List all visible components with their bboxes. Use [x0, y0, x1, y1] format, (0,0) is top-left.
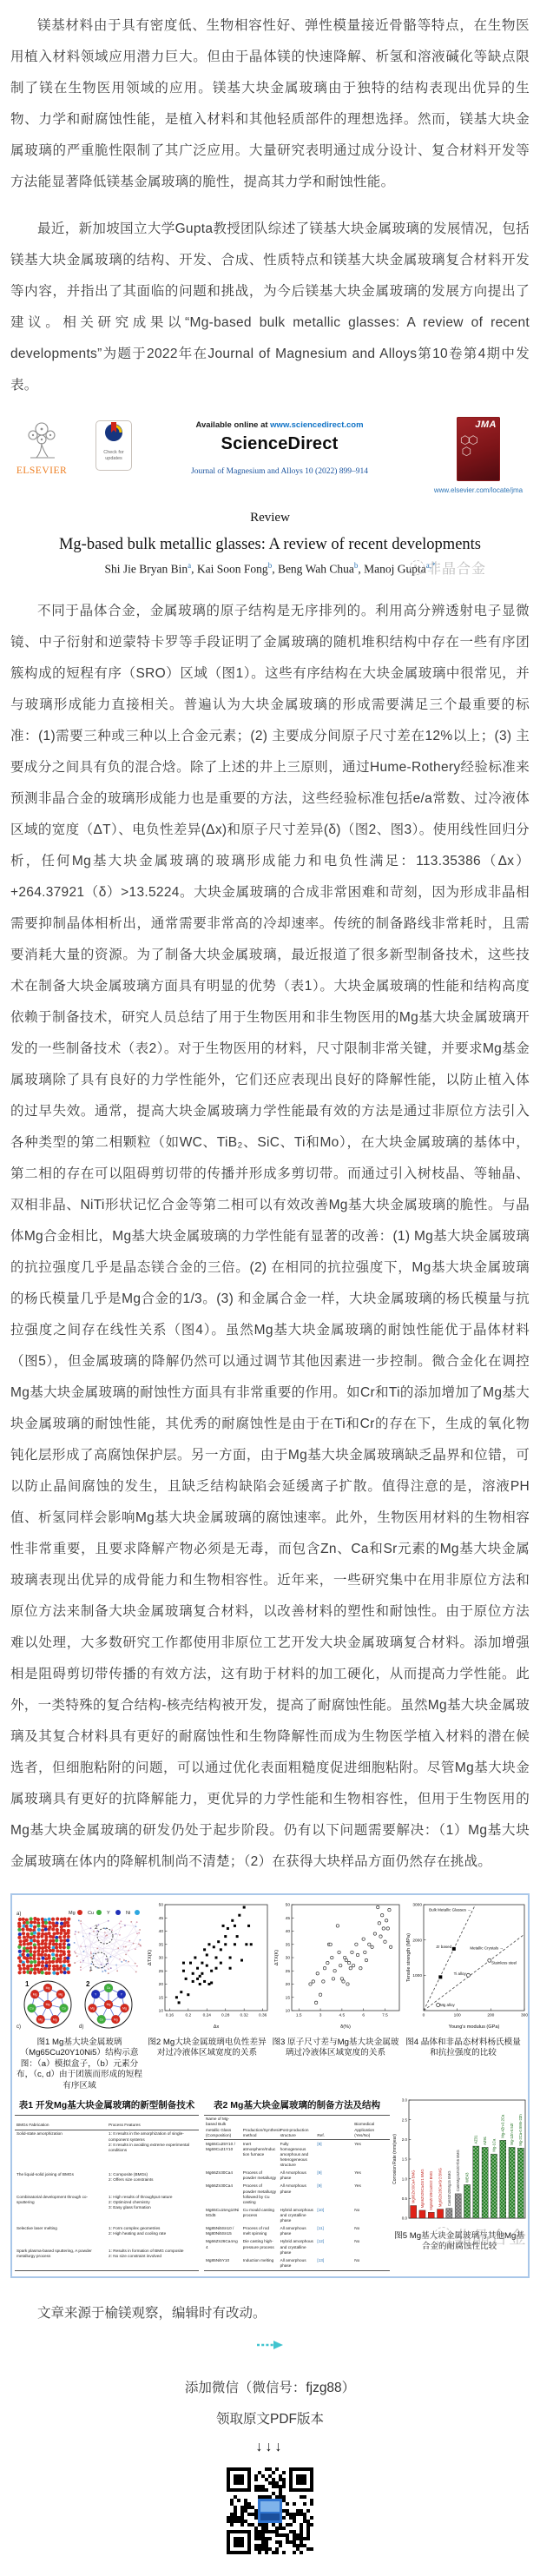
jma-hexagon-art: ⬡⬡ ⬡ — [460, 434, 477, 457]
svg-text:Ti alloy: Ti alloy — [454, 1971, 467, 1975]
elsevier-tree-icon — [22, 417, 62, 460]
table-row: The liquid-solid joining of BMGs1: Compo… — [15, 2171, 199, 2194]
svg-text:Ca65Zn20Mg15 BMG: Ca65Zn20Mg15 BMG — [447, 2170, 451, 2206]
svg-text:Mg: Mg — [90, 2006, 95, 2010]
jma-url-link[interactable]: www.elsevier.com/locate/jma — [434, 486, 523, 494]
svg-text:3000: 3000 — [412, 1902, 422, 1907]
svg-text:Cu: Cu — [100, 2018, 103, 2021]
svg-text:0: 0 — [423, 2012, 425, 2018]
svg-text:0.5: 0.5 — [402, 2196, 408, 2201]
figure-collage: MgCuYNia)b)2112MgMgCuMgMgCuMgMgCuYMgMgCu… — [10, 1893, 530, 2278]
fig1-caption: 图1 Mg基大块金属玻璃（Mg65Cu20Y10Ni5）结构示意图：（a）模拟盒… — [15, 2038, 144, 2092]
svg-text:Mg: Mg — [53, 2018, 57, 2021]
table-row: Solid-state amorphization1: It results i… — [15, 2130, 199, 2170]
svg-text:WE43: WE43 — [464, 2172, 469, 2183]
fig3-scatter-figure: 1.534.567.5101520253035404550δ(%)ΔTX(K) — [272, 1899, 404, 2034]
jma-journal-cover: JMA ⬡⬡ ⬡ — [457, 417, 500, 481]
watermark-icon — [410, 560, 425, 575]
svg-text:Mg: Mg — [107, 2003, 111, 2006]
table-row: Mg65Cu15Ag10Ni5Gd5Cu mould casting proce… — [204, 2206, 390, 2224]
svg-text:40: 40 — [286, 1929, 291, 1934]
svg-text:40: 40 — [159, 1929, 164, 1934]
fig4-line-chart: 0100200300100020003000Young's modulus (G… — [404, 1899, 529, 2030]
svg-text:Mg: Mg — [122, 2006, 127, 2010]
svg-text:1: 1 — [25, 1980, 30, 1988]
fig4-line-figure: 0100200300100020003000Young's modulus (G… — [404, 1899, 529, 2034]
svg-text:c): c) — [16, 2024, 21, 2030]
fig5-bar-figure: 0.00.51.01.52.02.53.0Corrosion Rate (mm/… — [390, 2097, 529, 2271]
svg-text:Mg: Mg — [69, 1911, 76, 1916]
svg-text:Mg-2Ca-0.5Mn-2Zn: Mg-2Ca-0.5Mn-2Zn — [518, 2113, 523, 2145]
qr-code-section — [9, 2464, 531, 2576]
svg-text:0.24: 0.24 — [203, 2012, 212, 2018]
svg-text:0.16: 0.16 — [166, 2012, 175, 2018]
svg-text:Tensile strength (MPa): Tensile strength (MPa) — [406, 1932, 412, 1981]
available-online-line: Available online at www.sciencedirect.co… — [132, 420, 427, 430]
table1-title: 表1 开发Mg基大块金属玻璃的新型制备技术 — [15, 2098, 199, 2111]
table-row: Mg66Zn30Ca4Process of powder metallurgyA… — [204, 2170, 390, 2183]
svg-text:Metallic Crystals →: Metallic Crystals → — [470, 1945, 504, 1950]
svg-text:45: 45 — [159, 1915, 164, 1920]
svg-text:Cu: Cu — [30, 2006, 33, 2010]
tables-and-fig5-row: 表1 开发Mg基大块金属玻璃的新型制备技术 表2 Mg基大块金属玻璃的制备方法及… — [15, 2097, 525, 2271]
table-row: Mg66Zn30Ca4Process of powder metallurgy … — [204, 2183, 390, 2206]
svg-text:4.5: 4.5 — [339, 2012, 346, 2018]
svg-text:Mg-1Zn-0.5Zr: Mg-1Zn-0.5Zr — [510, 2122, 514, 2144]
svg-text:Mg66Zn28Ca4Sr2 BMG: Mg66Zn28Ca4Sr2 BMG — [438, 2168, 442, 2207]
journal-header-center: Available online at www.sciencedirect.co… — [132, 417, 427, 476]
watermark-badge-2: 非晶合金 — [434, 2223, 527, 2249]
svg-text:20: 20 — [286, 1982, 291, 1987]
tables-column: 表1 开发Mg基大块金属玻璃的新型制备技术 表2 Mg基大块金属玻璃的制备方法及… — [15, 2097, 390, 2271]
check-updates-icon — [103, 421, 124, 444]
svg-text:Mg: Mg — [38, 2018, 43, 2021]
svg-text:Mg: Mg — [114, 2018, 118, 2021]
svg-text:0.0: 0.0 — [402, 2216, 408, 2220]
elsevier-logo: ELSEVIER — [10, 417, 73, 476]
pdf-offer-text: 领取原文PDF版本 — [9, 2408, 531, 2427]
svg-text:1000: 1000 — [412, 1973, 422, 1978]
table-row: Mg85Ni5Y10Induction meltingAll amorphous… — [204, 2256, 390, 2270]
svg-text:AZ31: AZ31 — [474, 2135, 478, 2144]
fig5-bar-chart: 0.00.51.01.52.02.53.0Corrosion Rate (mm/… — [391, 2097, 528, 2227]
svg-text:2: 2 — [86, 1980, 90, 1988]
svg-text:30: 30 — [159, 1955, 164, 1960]
fig3-caption: 图3 原子尺寸差与Mg基大块金属玻璃过冷液体区域宽度的关系 — [270, 2038, 401, 2059]
svg-text:ΔTX(K): ΔTX(K) — [148, 1949, 153, 1965]
journal-cover-column: JMA ⬡⬡ ⬡ www.elsevier.com/locate/jma — [427, 417, 530, 494]
svg-text:Cu: Cu — [88, 1911, 94, 1916]
intro-paragraph-2: 最近，新加坡国立大学Gupta教授团队综述了镁基大块金属玻璃的发展情况，包括镁基… — [10, 214, 530, 401]
svg-text:Young's modulus (GPa): Young's modulus (GPa) — [449, 2024, 500, 2030]
qr-code[interactable] — [223, 2464, 317, 2558]
fig2-scatter-figure: 0.160.20.240.280.320.3610152025303540455… — [145, 1899, 272, 2034]
down-arrows: ↓↓↓ — [9, 2440, 531, 2455]
svg-text:Mg66Zn29Ca4Sr1 BMG: Mg66Zn29Ca4Sr1 BMG — [420, 2169, 425, 2208]
svg-text:45: 45 — [286, 1915, 291, 1920]
svg-text:0.2: 0.2 — [185, 2012, 191, 2018]
svg-text:Corrosion Rate (mm/year): Corrosion Rate (mm/year) — [392, 2134, 398, 2184]
svg-text:300: 300 — [521, 2012, 528, 2018]
section-label-review: Review — [9, 511, 531, 525]
fig1-structure-figure: MgCuYNia)b)2112MgMgCuMgMgCuMgMgCuYMgMgCu… — [15, 1906, 145, 2034]
jma-cover-title: JMA — [475, 419, 497, 430]
svg-text:0.28: 0.28 — [221, 2012, 230, 2018]
svg-text:1.5: 1.5 — [296, 2012, 302, 2018]
svg-text:Δx: Δx — [214, 2024, 220, 2030]
svg-text:δ(%): δ(%) — [340, 2024, 351, 2030]
svg-text:Mg: Mg — [33, 1992, 37, 1996]
svg-text:1: 1 — [89, 1966, 93, 1972]
svg-text:10: 10 — [286, 2008, 291, 2013]
svg-text:2: 2 — [95, 1925, 98, 1931]
svg-text:1.5: 1.5 — [402, 2157, 408, 2161]
fig3-scatter-chart: 1.534.567.5101520253035404550δ(%)ΔTX(K) — [272, 1899, 404, 2030]
fig2-caption: 图2 Mg大块金属玻璃电负性差异对过冷液体区域宽度的关系 — [144, 2038, 270, 2059]
table1-fabrication-methods: BMGs FabricationProcess FeaturesSolid-st… — [15, 2115, 199, 2271]
svg-text:Stainless steel: Stainless steel — [491, 1960, 517, 1965]
svg-text:d): d) — [79, 2024, 83, 2030]
svg-text:AZ91: AZ91 — [483, 2136, 487, 2145]
table-row: Combinatorial development through co-spu… — [15, 2193, 199, 2224]
svg-text:Mg: Mg — [58, 1992, 63, 1996]
watermark-text-2: 非晶合金 — [454, 2223, 527, 2249]
forward-arrow — [9, 2339, 531, 2355]
paper-title: Mg-based bulk metallic glasses: A review… — [9, 536, 531, 554]
journal-volume-line: Journal of Magnesium and Alloys 10 (2022… — [132, 467, 427, 476]
elsevier-label: ELSEVIER — [10, 466, 73, 476]
svg-text:3: 3 — [319, 2012, 322, 2018]
svg-text:10: 10 — [159, 2008, 164, 2013]
watermark-badge: 非晶合金 — [410, 558, 486, 578]
fig1-structure-art: MgCuYNia)b)2112MgMgCuMgMgCuMgMgCuYMgMgCu… — [15, 1906, 145, 2030]
svg-text:Y: Y — [107, 1911, 110, 1916]
table2-synthesis-methods: Name of Mg-based Bulk metallic Glass (Co… — [204, 2115, 390, 2271]
svg-text:30: 30 — [286, 1955, 291, 1960]
check-updates-label: Check for updates — [96, 450, 131, 463]
svg-text:35: 35 — [286, 1942, 291, 1947]
svg-text:Mg-1Ca: Mg-1Ca — [491, 2138, 496, 2152]
svg-text:15: 15 — [159, 1995, 164, 2000]
table-row: Mg65Cu25Y10 / Mg69Cu21Y10Inert atmospher… — [204, 2140, 390, 2170]
svg-text:6: 6 — [362, 2012, 365, 2018]
svg-text:Bulk Metallic Glasses →: Bulk Metallic Glasses → — [429, 1907, 471, 1912]
svg-text:2.5: 2.5 — [402, 2117, 408, 2122]
svg-text:Mg: Mg — [46, 1986, 50, 1990]
forward-arrow-icon — [256, 2340, 284, 2350]
fig2-scatter-chart: 0.160.20.240.280.320.3610152025303540455… — [145, 1899, 272, 2030]
svg-text:15: 15 — [286, 1995, 291, 2000]
svg-text:2000: 2000 — [412, 1938, 422, 1943]
svg-text:a): a) — [16, 1912, 21, 1917]
svg-text:Zr based: Zr based — [436, 1945, 451, 1949]
sciencedirect-wordmark: ScienceDirect — [132, 434, 427, 454]
watermark-text: 非晶合金 — [427, 558, 486, 578]
watermark-icon-2 — [434, 2227, 451, 2244]
table-row: Mg66Zn26Ca4Ag4Die casting high-pressure … — [204, 2238, 390, 2256]
svg-text:25: 25 — [286, 1968, 291, 1973]
svg-text:50: 50 — [159, 1902, 164, 1907]
body-paragraph: 不同于晶体合金，金属玻璃的原子结构是无序排列的。利用高分辨透射电子显微镜、中子衍… — [10, 596, 530, 1878]
svg-text:Ni: Ni — [126, 1911, 130, 1916]
fig4-caption: 图4 晶体和非晶态材料杨氏模量和抗拉强度的比较 — [401, 2038, 525, 2059]
svg-text:50: 50 — [286, 1902, 291, 1907]
svg-text:200: 200 — [487, 2012, 494, 2018]
table-row: Spark plasma-based sputtering, A powder … — [15, 2247, 199, 2270]
journal-header: ELSEVIER Check for updates Available onl… — [10, 417, 530, 509]
table-row: Selective laser melting1: Form complex g… — [15, 2225, 199, 2248]
svg-text:Ca65Mg15Zn20Yb5 BMG: Ca65Mg15Zn20Yb5 BMG — [456, 2150, 460, 2191]
figure-row: MgCuYNia)b)2112MgMgCuMgMgCuMgMgCuYMgMgCu… — [15, 1899, 525, 2034]
svg-text:Mg-4Zn-0.2Ca: Mg-4Zn-0.2Ca — [501, 2114, 505, 2138]
svg-text:100: 100 — [454, 2012, 461, 2018]
check-for-updates-badge: Check for updates — [95, 420, 132, 471]
svg-text:Cu: Cu — [62, 2006, 65, 2010]
svg-text:3.0: 3.0 — [402, 2097, 408, 2102]
svg-text:Mg66Zn30Ca4 BMG: Mg66Zn30Ca4 BMG — [412, 2170, 416, 2203]
svg-text:20: 20 — [159, 1982, 164, 1987]
svg-text:Cu: Cu — [107, 1986, 110, 1990]
svg-text:1.0: 1.0 — [402, 2176, 408, 2181]
source-note: 文章来源于榆镁观察，编辑时有改动。 — [10, 2302, 530, 2322]
intro-paragraph-1: 镁基材料由于具有密度低、生物相容性好、弹性模量接近骨骼等特点，在生物医用植入材料… — [10, 10, 530, 198]
caption-row: 图1 Mg基大块金属玻璃（Mg65Cu20Y10Ni5）结构示意图：（a）模拟盒… — [15, 2038, 525, 2092]
svg-text:35: 35 — [159, 1942, 164, 1947]
svg-text:25: 25 — [159, 1968, 164, 1973]
article-page: 镁基材料由于具有密度低、生物相容性好、弹性模量接近骨骼等特点，在生物医用植入材料… — [0, 0, 540, 2576]
svg-text:7.5: 7.5 — [382, 2012, 388, 2018]
svg-text:Mg66Zn29Ca3Sr2 BMG: Mg66Zn29Ca3Sr2 BMG — [429, 2171, 433, 2210]
svg-text:ΔTX(K): ΔTX(K) — [274, 1949, 280, 1965]
svg-text:Mg alloy: Mg alloy — [440, 2003, 456, 2007]
table-row: Mg85Ni5Sn10 / Mg80Ni5Sn15Process of rod … — [204, 2225, 390, 2238]
svg-text:Mg: Mg — [46, 2003, 50, 2006]
svg-text:0.36: 0.36 — [259, 2012, 267, 2018]
svg-text:0.32: 0.32 — [240, 2012, 249, 2018]
paper-title-block: Mg-based bulk metallic glasses: A review… — [9, 536, 531, 577]
svg-text:2.0: 2.0 — [402, 2137, 408, 2142]
table2-title: 表2 Mg基大块金属玻璃的制备方法及结构 — [204, 2098, 390, 2111]
sciencedirect-url-link[interactable]: www.sciencedirect.com — [270, 420, 363, 430]
wechat-contact-text: 添加微信（微信号：fjzg88） — [9, 2377, 531, 2396]
